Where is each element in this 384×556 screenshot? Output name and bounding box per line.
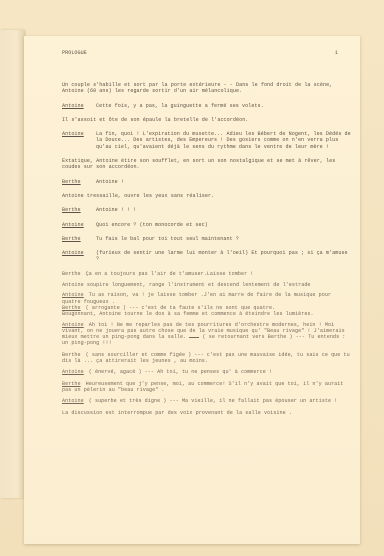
speaker-name: Antoine [62, 103, 96, 109]
dialogue-line: Antoine Quoi encore ? (ton monocorde et … [62, 222, 352, 228]
dialogue-line: Antoine (furieux de sentir une larme lui… [62, 250, 352, 263]
speech: Tu as raison, va ! je laisse tomber .J'e… [62, 292, 331, 304]
speech: ( superbe et très digne ) --- Ma vieille… [89, 398, 338, 404]
dialogue-line: Berthe Antoine ! ! ! [62, 207, 352, 213]
dialogue-line: Antoine La fin, quoi ! L'expiration du m… [62, 131, 352, 150]
previous-page-edge [0, 30, 24, 498]
dialogue-line: BertheHeureusement que j'y pense, moi, a… [62, 381, 352, 394]
stage-direction: Un couple s'habille et sort par la porte… [62, 82, 352, 95]
page-title: PROLOGUE [62, 50, 87, 56]
dialogue-line: Antoine( énervé, agacé ) --- Ah toi, tu … [62, 369, 352, 375]
dialogue-line: Antoine Cette fois, y a pas, la guinguet… [62, 103, 352, 109]
speaker-name: Berthe [62, 179, 96, 185]
dialogue-line: AntoineAh toi ! Ne me reparles pas de te… [62, 322, 352, 347]
speaker-name: Antoine [62, 222, 96, 228]
dialogue-line: AntoineTu as raison, va ! je laisse tomb… [62, 292, 352, 305]
stage-direction: Antoine tressaille, ouvre les yeux sans … [62, 193, 352, 199]
speaker-name: Berthe [62, 207, 96, 213]
stage-direction: Il s'assoit et ôte de son épaule la bret… [62, 117, 352, 123]
speech: ( sans sourciller et comme figée ) --- c… [62, 352, 350, 364]
speech: La fin, quoi ! L'expiration du musette..… [96, 131, 352, 150]
dense-section: BertheÇa en a toujours pas l'air de t'am… [62, 271, 352, 416]
dialogue-line: Berthe( sans sourciller et comme figée )… [62, 352, 352, 365]
stage-direction: La discussion est interrompue par des vo… [62, 410, 352, 416]
underline-blank [189, 337, 199, 338]
speech: Antoine ! [96, 179, 352, 185]
speaker-name: Antoine [62, 131, 96, 150]
stage-direction: Antoine soupire longuement, range l'inst… [62, 282, 352, 288]
stage-direction: Bougonnant, Antoine tourne le dos à sa f… [62, 311, 352, 317]
dialogue-line: BertheÇa en a toujours pas l'air de t'am… [62, 271, 352, 277]
speech: ( arrogante ) --- c'est de ta faute s'il… [86, 305, 276, 311]
dialogue-line: Berthe Antoine ! [62, 179, 352, 185]
speaker-name: Berthe [62, 236, 96, 242]
speaker-name: Antoine [62, 369, 84, 375]
dialogue-line: Berthe Tu fais le bal pour toi tout seul… [62, 236, 352, 242]
page-header: PROLOGUE 1 [62, 50, 352, 60]
speech: Heureusement que j'y pense, moi, au comm… [62, 381, 344, 393]
speech: Tu fais le bal pour toi tout seul mainte… [96, 236, 352, 242]
dialogue-line: Antoine( superbe et très digne ) --- Ma … [62, 398, 352, 404]
stage-direction: Extatique, Antoine étire son soufflet, e… [62, 158, 352, 171]
speech: (furieux de sentir une larme lui monter … [96, 250, 352, 263]
speech: Cette fois, y a pas, la guinguette a fer… [96, 103, 352, 109]
script-text: PROLOGUE 1 Un couple s'habille et sort p… [62, 50, 352, 421]
speech: Quoi encore ? (ton monocorde et sec) [96, 222, 352, 228]
speech: Antoine ! ! ! [96, 207, 352, 213]
speaker-name: Antoine [62, 250, 96, 263]
speech: Ça en a toujours pas l'air de t'amuser.L… [86, 271, 254, 277]
speaker-name: Antoine [62, 398, 84, 404]
page-number: 1 [335, 50, 338, 56]
typewritten-page: PROLOGUE 1 Un couple s'habille et sort p… [24, 36, 360, 544]
speaker-name: Berthe [62, 271, 81, 277]
speech: ( énervé, agacé ) --- Ah toi, tu ne pens… [89, 369, 272, 375]
